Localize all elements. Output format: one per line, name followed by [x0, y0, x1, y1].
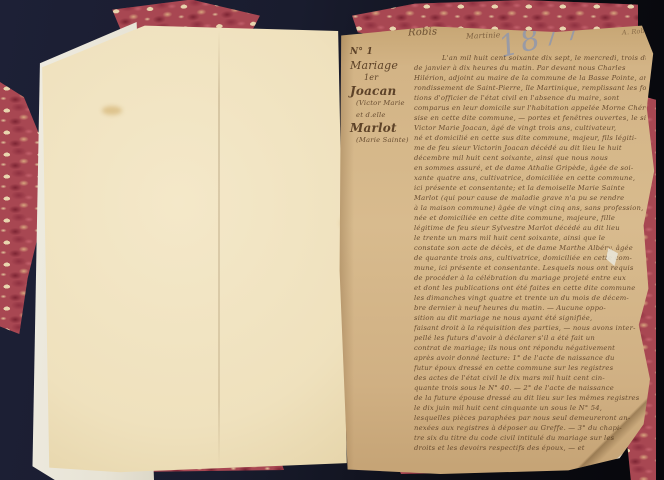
manuscript-line: et dont les publications ont été faites … — [414, 283, 646, 293]
manuscript-line: droits et les devoirs respectifs des épo… — [414, 443, 646, 453]
manuscript-line: légitime de feu sieur Sylvestre Marlot d… — [414, 223, 646, 233]
manuscript-line: à la maison commune) âgée de vingt cinq … — [414, 203, 646, 213]
manuscript-line: né et domicilié en cette sus dite commun… — [414, 133, 646, 143]
manuscript-line: futur époux dressé en cette commune sur … — [414, 363, 646, 373]
groom-firstnames: (Victor Marie — [356, 97, 422, 109]
manuscript-line: nexées aux registres à déposer au Greffe… — [414, 423, 646, 433]
manuscript-line: des actes de l'état civil le dix mars mi… — [414, 373, 646, 383]
manuscript-line: de procéder à la célébration du mariage … — [414, 273, 646, 283]
manuscript-line: en sommes assuré, et de dame Athalie Gri… — [414, 163, 646, 173]
manuscript-line: après avoir donné lecture: 1° de l'acte … — [414, 353, 646, 363]
bride-firstnames: (Marie Sainte) — [356, 134, 422, 146]
manuscript-line: comparus en leur domicile sur l'habitati… — [414, 103, 646, 113]
manuscript-line: née et domiciliée en cette dite commune,… — [414, 213, 646, 223]
manuscript-line: décembre mil huit cent soixante, ainsi q… — [414, 153, 646, 163]
manuscript-line: de janvier à dix heures du matin. Par de… — [414, 63, 646, 73]
manuscript-line: Hilérion, adjoint au maire de la commune… — [414, 73, 646, 83]
groom-surname: Joacan — [350, 85, 422, 97]
manuscript-line: le trente un mars mil huit cent soixante… — [414, 233, 646, 243]
manuscript-line: faisant droit à la réquisition des parti… — [414, 323, 646, 333]
page-crease — [218, 30, 220, 468]
act-margin-annotation: N° 1 Mariage 1er Joacan (Victor Marie et… — [350, 46, 422, 146]
bride-surname: Marlot — [350, 122, 422, 134]
right-manuscript-page: Robis Martinie 1877 Thémire François A. … — [338, 22, 658, 474]
manuscript-line: xante quatre ans, cultivatrice, domicili… — [414, 173, 646, 183]
manuscript-line: mune, ici présente et consentante. Lesqu… — [414, 263, 646, 273]
left-blank-page — [40, 22, 348, 474]
manuscript-line: quante trois sous le N° 40. — 2° de l'ac… — [414, 383, 646, 393]
manuscript-line: Marlot (qui pour cause de maladie grave … — [414, 193, 646, 203]
register-book-scan: Robis Martinie 1877 Thémire François A. … — [0, 0, 664, 480]
manuscript-line: le dix juin mil huit cent cinquante un s… — [414, 403, 646, 413]
manuscript-line: lesquelles pièces paraphées par nous seu… — [414, 413, 646, 423]
manuscript-line: ici présente et consentante; et la demoi… — [414, 183, 646, 193]
manuscript-line: sition au dit mariage ne nous ayant été … — [414, 313, 646, 323]
manuscript-line: les dimanches vingt quatre et trente un … — [414, 293, 646, 303]
act-title: Mariage — [350, 60, 422, 72]
margin-connector: et d.elle — [356, 109, 422, 121]
manuscript-line: tre six du titre du code civil intitulé … — [414, 433, 646, 443]
manuscript-line: Victor Marie Joacan, âgé de vingt trois … — [414, 123, 646, 133]
manuscript-line: tions d'officier de l'état civil en l'ab… — [414, 93, 646, 103]
manuscript-line: de la future épouse dressé au dit lieu s… — [414, 393, 646, 403]
manuscript-line: contrat de mariage; ils nous ont répondu… — [414, 343, 646, 353]
manuscript-line: sise en cette dite commune, — portes et … — [414, 113, 646, 123]
paper-stain — [102, 106, 122, 115]
act-number: N° 1 — [350, 46, 422, 58]
manuscript-line: pellé les futurs d'avoir à déclarer s'il… — [414, 333, 646, 343]
manuscript-line: bre dernier à neuf heures du matin. — Au… — [414, 303, 646, 313]
manuscript-line: rondissement de Saint-Pierre, île Martin… — [414, 83, 646, 93]
manuscript-line: me de feu sieur Victorin Joacan décédé a… — [414, 143, 646, 153]
manuscript-line: L'an mil huit cent soixante dix sept, le… — [414, 53, 646, 63]
